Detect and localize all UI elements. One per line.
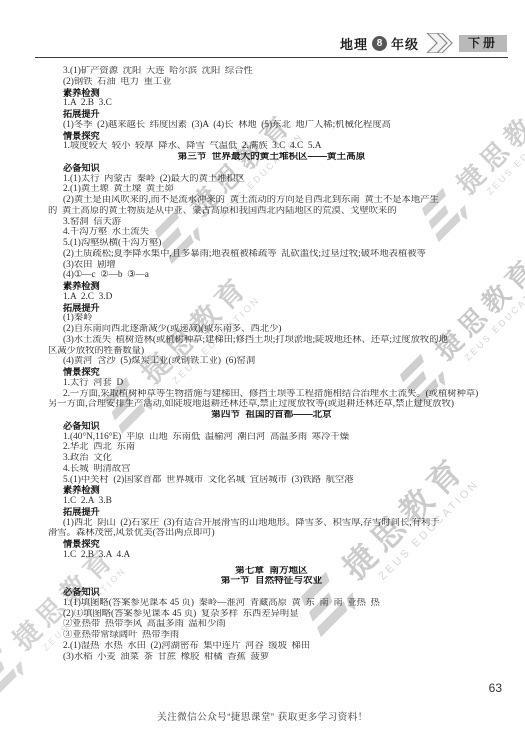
answer-line: 1.太行 河套 D bbox=[48, 378, 495, 389]
answer-line: 2.一方面,采取植树种草等生物措施与建梯田、修挡土坝等工程措施相结合治理水土流失… bbox=[48, 389, 495, 400]
block-label: 必备知识 bbox=[48, 587, 495, 598]
answer-line: (2)黄土是由风吹来的,而不是流水冲来的 黄土流动的方向是自西北到东南 黄土不是… bbox=[48, 195, 495, 206]
block-label: 素养检测 bbox=[48, 88, 495, 99]
answer-line: (3)水土流失 植树造林(或植树种草;建梯田;修挡土坝;打坝淤地;陡坡地还林、还… bbox=[48, 335, 495, 346]
header-rule bbox=[35, 57, 508, 58]
answer-line: 区减少放牧的牲畜数量) bbox=[48, 346, 495, 357]
section-heading: 第七章 南方地区 bbox=[48, 566, 495, 577]
answer-line: 1.(1)填图略(答案参见课本 45 页) 秦岭—淮河 青藏高原 黄 东 南 南… bbox=[48, 598, 495, 609]
answer-line: 的 黄土高原的黄土物质是从中亚、蒙古高原和我国西北内陆地区的荒漠、戈壁吹来的 bbox=[48, 206, 495, 217]
answer-line: 1.坡度较大 较小 较厚 降水、降雪 气温低 2.满族 3.C 4.C 5.A bbox=[48, 141, 495, 152]
answer-line: 1.C 2.A 3.B bbox=[48, 496, 495, 507]
block-label: 拓展提升 bbox=[48, 303, 495, 314]
block-label: 情景探究 bbox=[48, 367, 495, 378]
header-subject-label: 地理 bbox=[340, 34, 368, 53]
section-heading: 第三节 世界最大的黄土堆积区——黄土高原 bbox=[48, 152, 495, 163]
block-label: 情景探究 bbox=[48, 539, 495, 550]
answer-line: 4.长城 明清故宫 bbox=[48, 464, 495, 475]
answer-line: 滑雪。森林茂密,风景优美(答出两点即可) bbox=[48, 528, 495, 539]
answer-line: 1.(40°N,116°E) 平原 山地 东南低 温榆河 潮白河 高温多雨 寒冷… bbox=[48, 432, 495, 443]
block-label: 素养检测 bbox=[48, 281, 495, 292]
block-label: 拓展提升 bbox=[48, 109, 495, 120]
block-label: 必备知识 bbox=[48, 163, 495, 174]
answer-line: (4)①—c ②—b ③—a bbox=[48, 270, 495, 281]
answer-line: 另一方面,合理安排生产活动,如陡坡地退耕还林还草,禁止过度放牧等(或退耕还林还草… bbox=[48, 399, 495, 410]
answer-line: 2.华北 西北 东南 bbox=[48, 442, 495, 453]
answer-line: 3.窑洞 信天游 bbox=[48, 217, 495, 228]
answer-line: 1.A 2.C 3.D bbox=[48, 292, 495, 303]
answers-content: 3.(1)矿产资源 沈阳 大连 哈尔滨 沈阳 综合性(2)钢铁 石油 电力 重工… bbox=[48, 66, 495, 662]
answer-line: (1)西北 阴山 (2)石家庄 (3)有适合开展滑雪的山地地形。降雪多、积雪厚,… bbox=[48, 518, 495, 529]
answer-line: 2.(1)黄土塬 黄土墚 黄土峁 bbox=[48, 184, 495, 195]
answer-line: (1)冬季 (2)越来越长 纬度因素 (3)A (4)长 林地 (5)东北 地广… bbox=[48, 120, 495, 131]
answer-line: (2)①填图略(答案参见课本 45 页) 复杂多样 东西差异明显 bbox=[48, 609, 495, 620]
answer-line: (2)自东南向西北逐渐减少(或递减)(或东南多、西北少) bbox=[48, 324, 495, 335]
answer-line: 1.C 2.B 3.A 4.A bbox=[48, 550, 495, 561]
footer-notice: 关注微信公众号“捷思课堂” 获取更多学习资料！ bbox=[0, 709, 525, 723]
block-label: 情景探究 bbox=[48, 131, 495, 142]
answer-line: (2)钢铁 石油 电力 重工业 bbox=[48, 77, 495, 88]
answer-line: 1.A 2.B 3.C bbox=[48, 98, 495, 109]
answer-line: 5.(1)沟壑纵横(千沟万壑) bbox=[48, 238, 495, 249]
zeus-logo-watermark-icon bbox=[0, 636, 36, 710]
header-title-row: 地理 8 年级 下册 bbox=[340, 33, 507, 53]
header-grade-label: 年级 bbox=[391, 34, 419, 53]
grade-badge: 8 bbox=[372, 36, 387, 51]
section-heading: 第一节 自然特征与农业 bbox=[48, 576, 495, 587]
double-chevron-icon bbox=[425, 33, 453, 53]
answer-line: 1.(1)太行 内蒙古 秦岭 (2)最大的黄土堆积区 bbox=[48, 174, 495, 185]
section-heading: 第四节 祖国的首都——北京 bbox=[48, 410, 495, 421]
answer-line: 3.(1)矿产资源 沈阳 大连 哈尔滨 沈阳 综合性 bbox=[48, 66, 495, 77]
answer-line: 3.政治 文化 bbox=[48, 453, 495, 464]
textbook-answer-page: 捷思教育ZEUS EDUCATION捷思教育ZEUS EDUCATION捷思教育… bbox=[0, 0, 525, 738]
answer-line: (2)土质疏松;夏季降水集中,且多暴雨;地表植被稀疏等 乱砍滥伐;过垦过牧;破坏… bbox=[48, 249, 495, 260]
volume-label: 下册 bbox=[459, 35, 507, 52]
answer-line: ②亚热带 热带季风 高温多雨 温和少雨 bbox=[48, 619, 495, 630]
answer-line: (1)秦岭 bbox=[48, 313, 495, 324]
answer-line: ③亚热带常绿阔叶 热带季雨 bbox=[48, 630, 495, 641]
answer-line: 2.(1)湿热 水热 水田 (2)河湖密布 集中连片 河谷 缓坡 梯田 bbox=[48, 641, 495, 652]
answer-line: (3)农田 剧增 bbox=[48, 260, 495, 271]
answer-line: (4)黄河 含沙 (5)煤炭工业(或钢铁工业) (6)窑洞 bbox=[48, 356, 495, 367]
answer-line: (3)水稻 小麦 油菜 茶 甘蔗 橡胶 柑橘 香蕉 菠萝 bbox=[48, 652, 495, 663]
answer-line: 5.(1)中关村 (2)国家首都 世界城市 文化名城 宜居城市 (3)铁路 航空… bbox=[48, 475, 495, 486]
block-label: 素养检测 bbox=[48, 485, 495, 496]
block-label: 拓展提升 bbox=[48, 507, 495, 518]
block-label: 必备知识 bbox=[48, 421, 495, 432]
answer-line: 4.千沟万壑 水土流失 bbox=[48, 227, 495, 238]
page-number: 63 bbox=[489, 681, 502, 695]
